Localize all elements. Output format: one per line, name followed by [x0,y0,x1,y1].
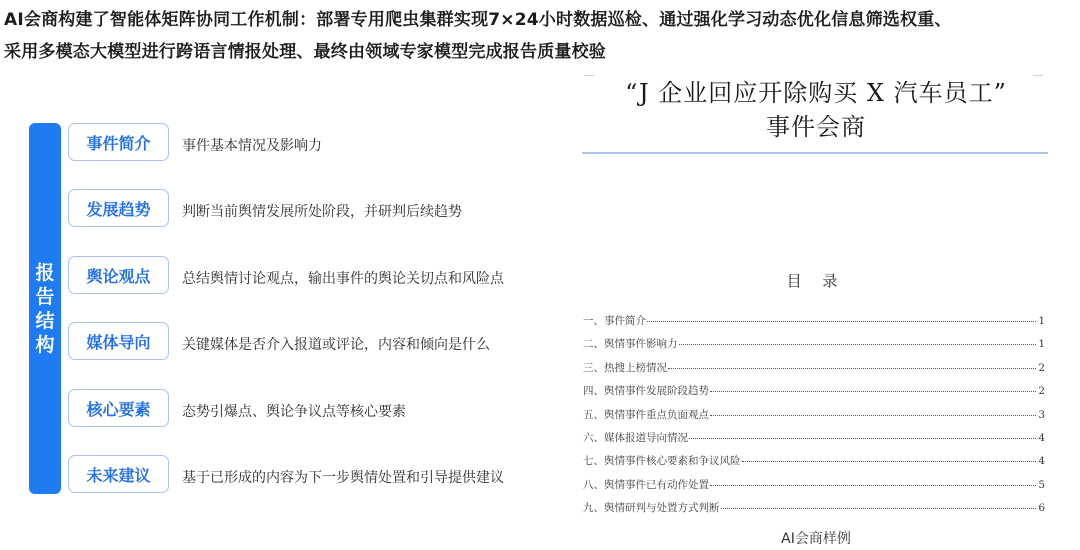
toc-entry-label: 七、舆情事件核心要素和争议风险 [583,453,741,468]
toc-leader-dots [668,368,1036,369]
toc-leader-dots [710,415,1036,416]
toc-leader-dots [679,344,1037,345]
toc-entry-label: 九、舆情研判与处置方式判断 [583,500,720,515]
toc-entry[interactable]: 七、舆情事件核心要素和争议风险 4 [583,453,1045,476]
toc-entry[interactable]: 一、事件简介 1 [583,313,1045,336]
document-title-line-2: 事件会商 [577,110,1055,144]
toc-leader-dots [710,391,1036,392]
toc-entry-page: 2 [1037,385,1045,397]
toc-entry-page: 5 [1037,479,1045,491]
structure-item-media: 媒体导向 关键媒体是否介入报道或评论，内容和倾向是什么 [68,321,490,361]
structure-tag: 舆论观点 [68,256,169,294]
toc-entry[interactable]: 八、舆情事件已有动作处置 5 [583,477,1045,500]
structure-item-trend: 发展趋势 判断当前舆情发展所处阶段，并研判后续趋势 [68,188,462,228]
toc-entry[interactable]: 九、舆情研判与处置方式判断 6 [583,500,1045,523]
toc-entry[interactable]: 六、媒体报道导向情况 4 [583,430,1045,453]
toc-entry-label: 五、舆情事件重点负面观点 [583,407,709,422]
structure-desc: 基于已形成的内容为下一步舆情处置和引导提供建议 [182,461,504,487]
structure-desc: 关键媒体是否介入报道或评论，内容和倾向是什么 [182,328,490,354]
toc-entry[interactable]: 五、舆情事件重点负面观点 3 [583,407,1045,430]
toc-entry-page: 4 [1037,432,1045,444]
structure-tag: 媒体导向 [68,322,169,360]
structure-tag: 事件简介 [68,123,169,161]
figure-caption: AI会商样例 [577,528,1055,548]
toc-entry-label: 二、舆情事件影响力 [583,336,678,351]
toc-leader-dots [721,508,1037,509]
toc-leader-dots [710,485,1036,486]
structure-tag: 发展趋势 [68,189,169,227]
toc-entry-page: 1 [1037,315,1045,327]
table-of-contents: 一、事件简介 1 二、舆情事件影响力 1 三、热搜上榜情况 2 四、舆情事件发展… [583,313,1045,524]
toc-leader-dots [647,321,1036,322]
sidebar-char: 结 [35,309,54,333]
toc-leader-dots [742,461,1037,462]
structure-item-suggestions: 未来建议 基于已形成的内容为下一步舆情处置和引导提供建议 [68,454,504,494]
sidebar-char: 构 [35,333,54,357]
toc-entry-label: 八、舆情事件已有动作处置 [583,477,709,492]
structure-tag: 未来建议 [68,455,169,493]
document-title: “J 企业回应开除购买 X 汽车员工” 事件会商 [577,76,1055,144]
structure-desc: 态势引爆点、舆论争议点等核心要素 [182,395,406,421]
structure-item-event-intro: 事件简介 事件基本情况及影响力 [68,122,322,162]
structure-item-core-elements: 核心要素 态势引爆点、舆论争议点等核心要素 [68,388,406,428]
toc-leader-dots [689,438,1036,439]
structure-item-opinion: 舆论观点 总结舆情讨论观点，输出事件的舆论关切点和风险点 [68,255,504,295]
report-structure-diagram: 报 告 结 构 事件简介 事件基本情况及影响力 发展趋势 判断当前舆情发展所处阶… [0,0,560,550]
report-structure-sidebar: 报 告 结 构 [29,123,61,494]
sidebar-char: 报 [35,261,54,285]
document-title-line-1: “J 企业回应开除购买 X 汽车员工” [577,76,1055,110]
toc-entry-label: 一、事件简介 [583,313,646,328]
structure-desc: 总结舆情讨论观点，输出事件的舆论关切点和风险点 [182,262,504,288]
toc-entry-page: 2 [1037,362,1045,374]
structure-desc: 判断当前舆情发展所处阶段，并研判后续趋势 [182,195,462,221]
toc-heading: 目 录 [577,270,1055,291]
structure-desc: 事件基本情况及影响力 [182,129,322,155]
toc-entry-page: 6 [1037,502,1045,514]
structure-tag: 核心要素 [68,389,169,427]
toc-entry[interactable]: 二、舆情事件影响力 1 [583,336,1045,359]
title-divider [582,152,1048,154]
toc-entry-label: 六、媒体报道导向情况 [583,430,688,445]
sample-document-page: “J 企业回应开除购买 X 汽车员工” 事件会商 目 录 一、事件简介 1 二、… [577,70,1055,550]
toc-entry-label: 四、舆情事件发展阶段趋势 [583,383,709,398]
toc-entry[interactable]: 四、舆情事件发展阶段趋势 2 [583,383,1045,406]
toc-entry-label: 三、热搜上榜情况 [583,360,667,375]
toc-entry-page: 1 [1037,338,1045,350]
toc-entry-page: 4 [1037,455,1045,467]
toc-entry-page: 3 [1037,409,1045,421]
sidebar-char: 告 [35,285,54,309]
toc-entry[interactable]: 三、热搜上榜情况 2 [583,360,1045,383]
